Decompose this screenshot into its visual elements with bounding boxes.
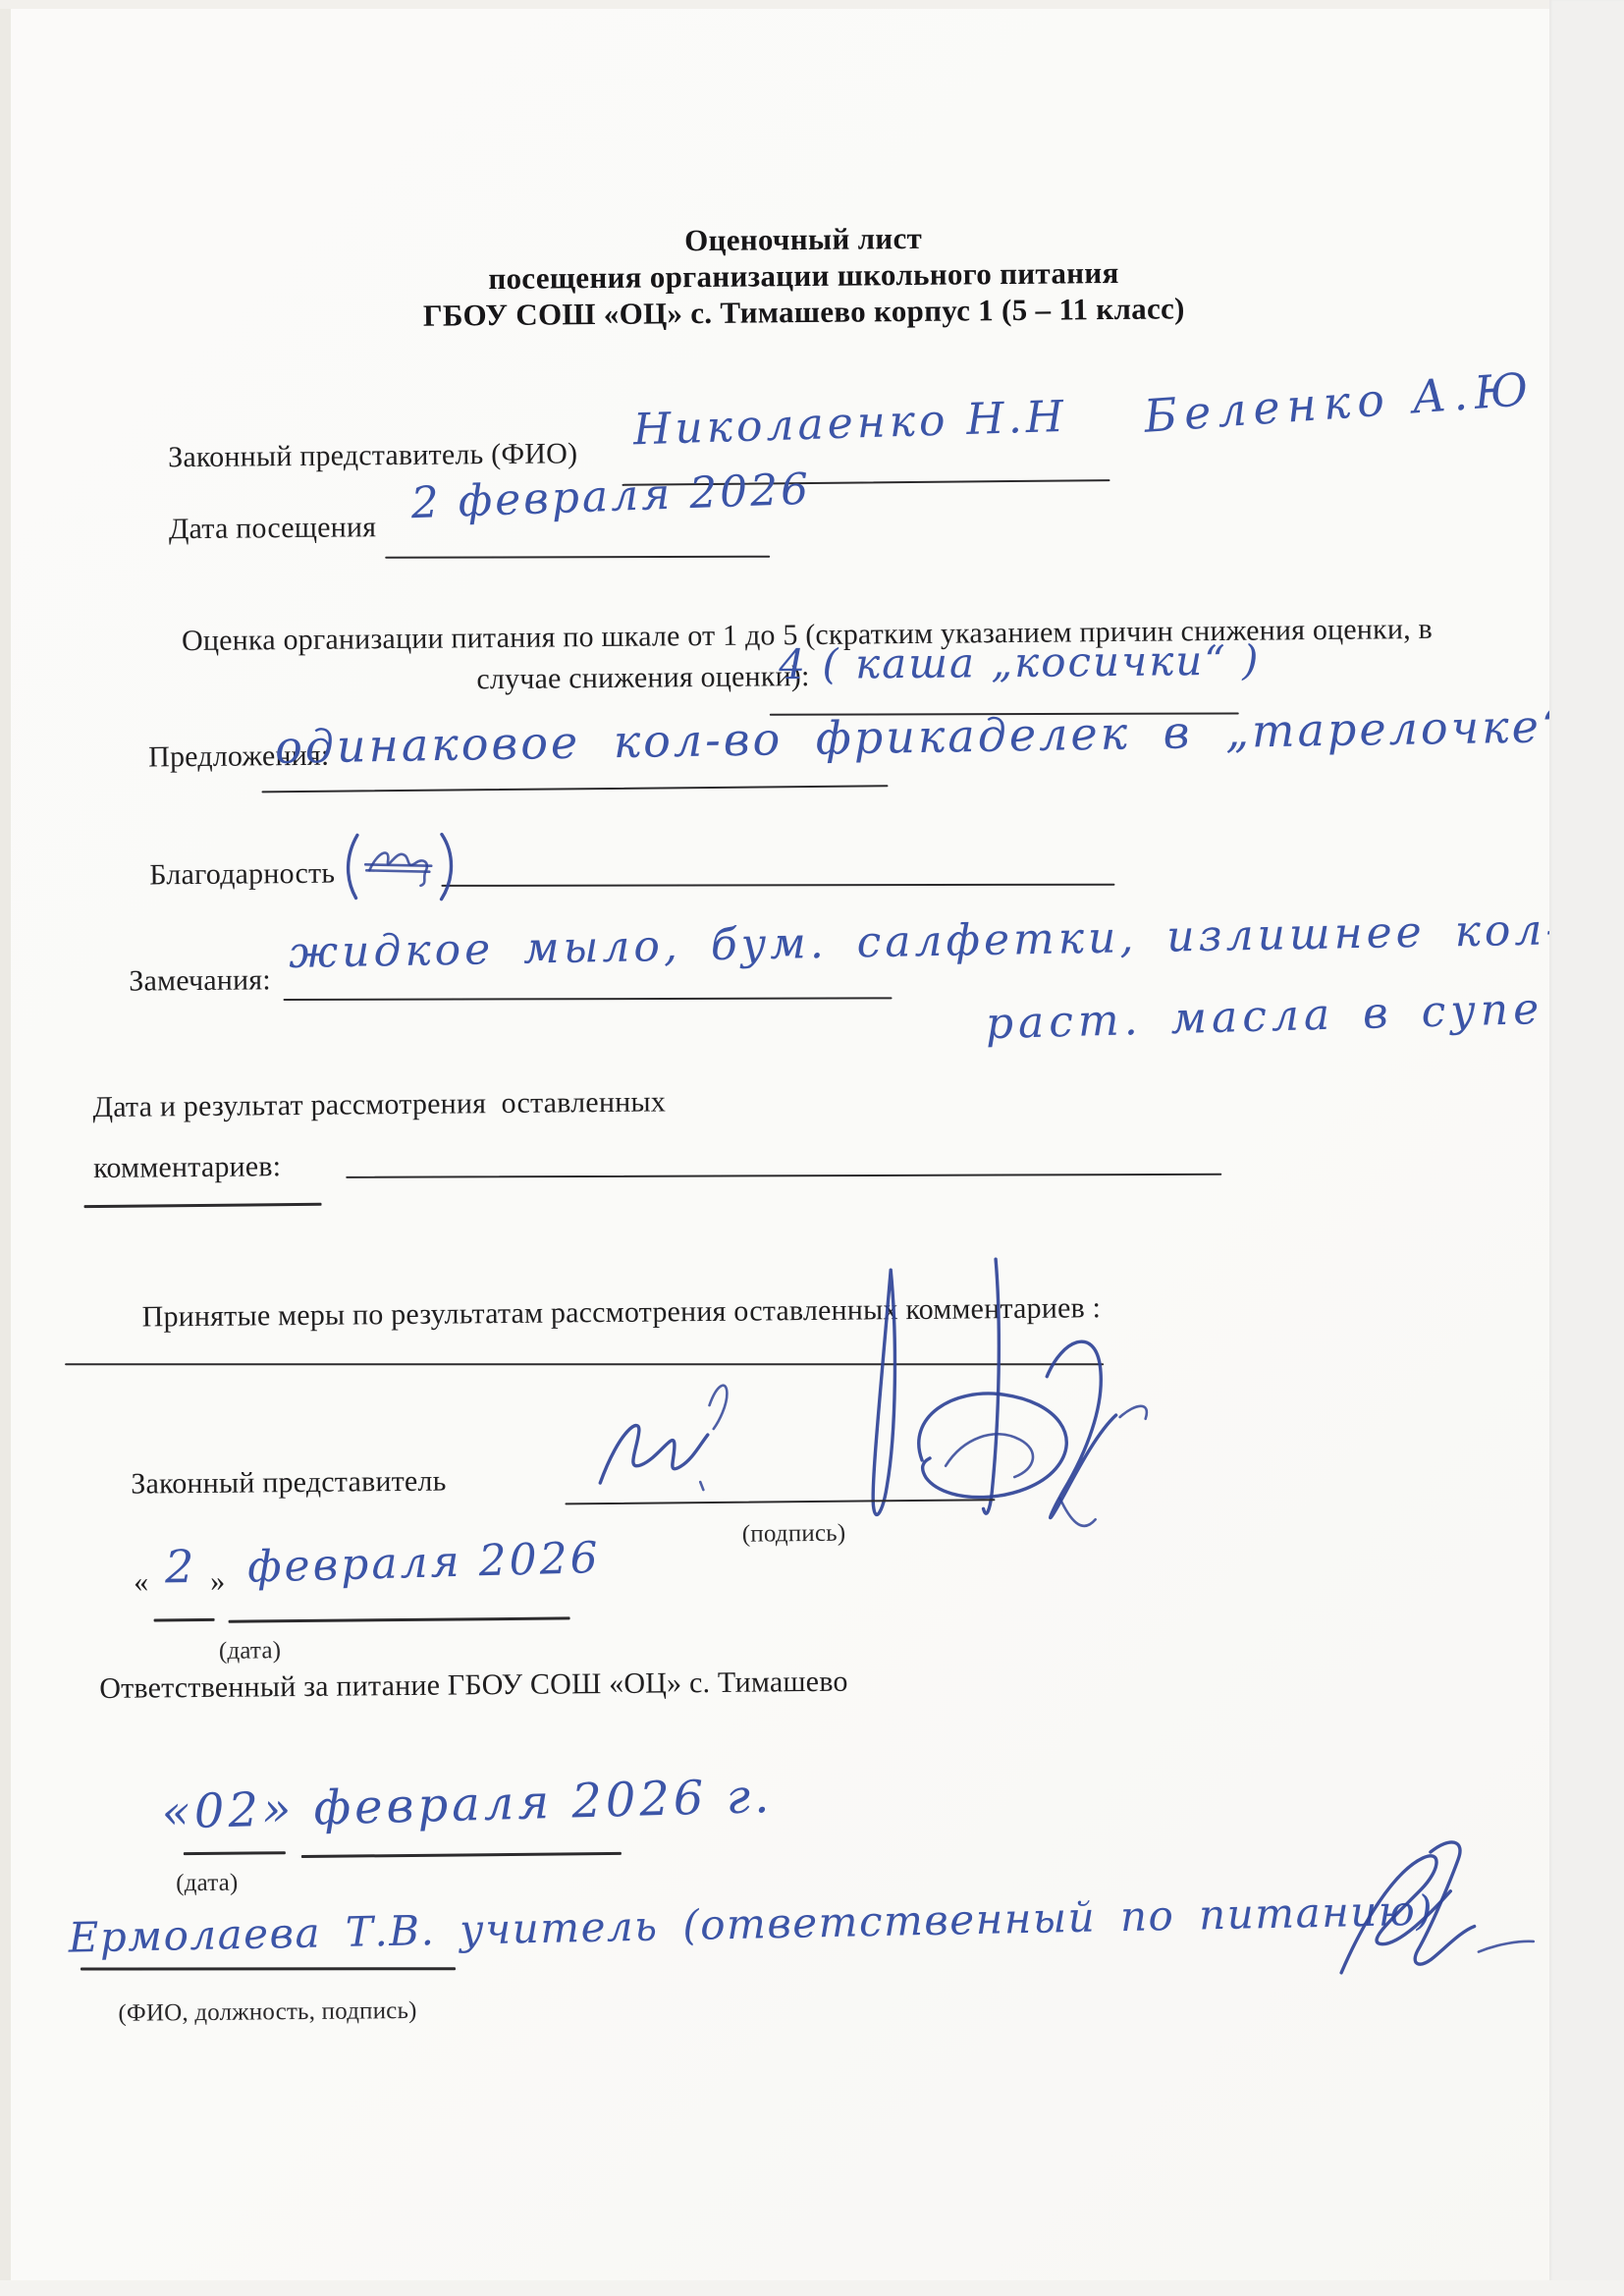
rep-date-handwritten-month-year: февраля 2026	[246, 1533, 601, 1593]
responsible-date-handwritten-value: «02» февраля 2026 г.	[161, 1769, 774, 1840]
responsible-date-caption: (дата)	[176, 1870, 239, 1898]
page-content: Оценочный лист посещения организации шко…	[0, 0, 1624, 2296]
legal-representative-signature-label: Законный представитель	[131, 1465, 447, 1502]
legal-representative-label: Законный представитель (ФИО)	[168, 437, 577, 474]
signature-legal-representative-main	[794, 1255, 1180, 1565]
visit-date-handwritten-value: 2 февраля 2026	[410, 465, 812, 529]
remarks-handwritten-line-2: раст. масла в супе	[985, 984, 1544, 1049]
score-handwritten-value: 4 ( каша „косички“ )	[779, 636, 1261, 689]
signature-caption: (подпись)	[742, 1520, 846, 1549]
responsible-person-handwritten-value: Ермолаева Т.В. учитель (ответственный по…	[68, 1886, 1434, 1962]
gratitude-label: Благодарность	[149, 857, 335, 893]
gratitude-crossed-out-scribble	[336, 822, 469, 906]
rep-date-caption: (дата)	[219, 1637, 282, 1666]
rep-date-handwritten-day: 2	[165, 1540, 194, 1593]
responsible-label: Ответственный за питание ГБОУ СОШ «ОЦ» с…	[99, 1666, 848, 1706]
score-label-line-2: случае снижения оценки):	[476, 660, 809, 696]
remarks-label: Замечания:	[129, 963, 271, 998]
review-label-line-2: комментариев:	[93, 1150, 281, 1185]
visit-date-label: Дата посещения	[169, 511, 377, 546]
scanned-evaluation-sheet: Оценочный лист посещения организации шко…	[0, 0, 1624, 2296]
rep-date-quote-close: »	[210, 1565, 226, 1599]
responsible-person-caption: (ФИО, должность, подпись)	[118, 1997, 416, 2028]
legal-representative-handwritten-name-2: Беленко А.Ю	[1142, 362, 1537, 443]
legal-representative-handwritten-name-1: Николаенко Н.Н	[632, 392, 1068, 455]
signature-responsible-person	[1283, 1831, 1545, 1992]
rep-date-quote-open: «	[134, 1566, 149, 1600]
signature-legal-representative-secondary	[583, 1371, 790, 1505]
remarks-handwritten-line-1: жидкое мыло, бум. салфетки, излишнее кол…	[289, 903, 1624, 978]
suggestions-handwritten-value: одинаковое кол-во фрикаделек в „тарелочк…	[275, 699, 1568, 774]
review-label-line-1: Дата и результат рассмотрения оставленны…	[92, 1085, 666, 1124]
